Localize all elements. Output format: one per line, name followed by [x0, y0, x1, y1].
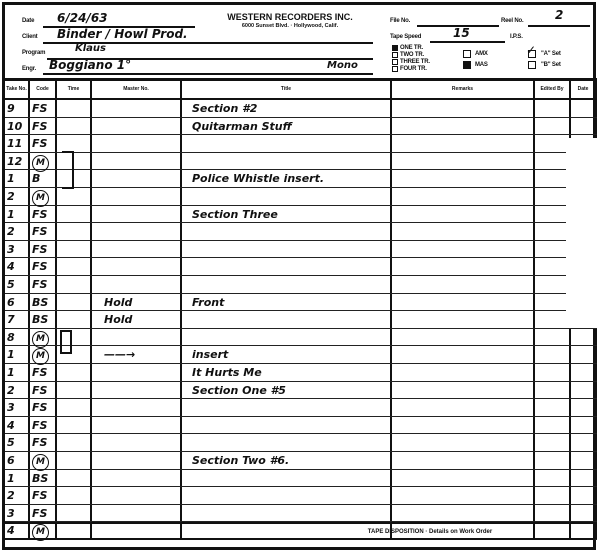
table-row: 3FS — [5, 399, 597, 417]
cell-time — [57, 364, 92, 381]
cell-master — [92, 276, 182, 293]
code-value: FS — [32, 278, 47, 291]
table-row: 6MSection Two #6. — [5, 452, 597, 470]
program-value: Klaus — [75, 43, 106, 54]
cell-take: 7 — [5, 311, 30, 328]
table-row: 2FS — [5, 223, 597, 241]
col-remarks-header: Remarks — [392, 81, 535, 98]
table-row: 8M — [5, 329, 597, 347]
code-value: FS — [32, 401, 47, 414]
cell-title — [182, 434, 392, 451]
cell-master — [92, 434, 182, 451]
master-value — [94, 331, 104, 344]
cell-code: FS — [30, 241, 57, 258]
cell-code: B — [30, 170, 57, 187]
cell-title: Section One #5 — [182, 382, 392, 399]
cell-date — [571, 329, 597, 346]
cell-take: 1 — [5, 364, 30, 381]
cell-time — [57, 188, 92, 205]
master-value: ——→ — [94, 348, 135, 361]
cell-code: FS — [30, 417, 57, 434]
master-value: Hold — [94, 296, 132, 309]
cell-time — [57, 258, 92, 275]
title-value — [184, 419, 192, 432]
cell-remarks — [392, 276, 535, 293]
title-value: Police Whistle insert. — [184, 172, 324, 185]
master-value — [94, 489, 104, 502]
amx-label: AMX — [475, 51, 488, 57]
cell-remarks — [392, 188, 535, 205]
cell-time — [57, 135, 92, 152]
engineer-label: Engr. — [22, 66, 36, 72]
cell-edited — [535, 100, 571, 117]
title-value — [184, 243, 192, 256]
cell-title: Section Two #6. — [182, 452, 392, 469]
master-value — [94, 472, 104, 485]
cell-master: Hold — [92, 311, 182, 328]
cell-master — [92, 100, 182, 117]
cell-take: 6 — [5, 452, 30, 469]
cell-time — [57, 294, 92, 311]
cell-master — [92, 188, 182, 205]
col-code-header: Code — [30, 81, 57, 98]
cell-edited — [535, 434, 571, 451]
cell-remarks — [392, 118, 535, 135]
cell-time — [57, 241, 92, 258]
take-value: 8 — [7, 331, 15, 344]
cell-master — [92, 487, 182, 504]
table-row: 3FS — [5, 241, 597, 259]
table-row: 5FS — [5, 434, 597, 452]
cell-date — [571, 434, 597, 451]
amx-checkbox — [463, 50, 471, 58]
cell-time — [57, 311, 92, 328]
cell-time — [57, 434, 92, 451]
cell-master — [92, 399, 182, 416]
track-two-checkbox — [392, 52, 398, 58]
take-value: 9 — [7, 102, 15, 115]
title-value — [184, 190, 192, 203]
track-three-label: THREE TR. — [400, 59, 430, 65]
master-value — [94, 102, 104, 115]
date-label: Date — [22, 18, 34, 24]
a-set-checkmark: ✓ — [526, 43, 536, 57]
cell-title — [182, 470, 392, 487]
take-value: 5 — [7, 278, 15, 291]
table-row: 1BPolice Whistle insert. — [5, 170, 597, 188]
title-value — [184, 313, 192, 326]
b-set-label: "B" Set — [541, 62, 561, 68]
cell-edited — [535, 487, 571, 504]
table-row: 11FS — [5, 135, 597, 153]
table-row: 4FS — [5, 417, 597, 435]
code-value: FS — [32, 225, 47, 238]
master-value — [94, 419, 104, 432]
cell-code: BS — [30, 470, 57, 487]
cell-title: Section #2 — [182, 100, 392, 117]
cell-remarks — [392, 470, 535, 487]
master-value — [94, 172, 104, 185]
take-value: 4 — [7, 419, 15, 432]
cell-take: 4 — [5, 417, 30, 434]
cell-take: 2 — [5, 223, 30, 240]
cell-time — [57, 276, 92, 293]
cell-code: FS — [30, 206, 57, 223]
tape-disposition-bar: TAPE DISPOSITION · Details on Work Order — [5, 522, 595, 540]
cell-take: 9 — [5, 100, 30, 117]
cell-remarks — [392, 452, 535, 469]
title-value — [184, 278, 192, 291]
cell-title — [182, 505, 392, 522]
cell-edited — [535, 346, 571, 363]
take-value: 2 — [7, 225, 15, 238]
col-date-header: Date — [571, 81, 597, 98]
title-value — [184, 472, 192, 485]
cell-master — [92, 470, 182, 487]
code-value: FS — [32, 120, 47, 133]
cell-remarks — [392, 294, 535, 311]
cell-time — [57, 100, 92, 117]
cell-master — [92, 258, 182, 275]
cell-code: M — [30, 329, 57, 346]
title-value: Section One #5 — [184, 384, 286, 397]
code-value: FS — [32, 137, 47, 150]
cell-title — [182, 329, 392, 346]
master-value — [94, 243, 104, 256]
cell-take: 11 — [5, 135, 30, 152]
client-label: Client — [22, 34, 37, 40]
cell-time — [57, 223, 92, 240]
master-value — [94, 278, 104, 291]
cell-title — [182, 311, 392, 328]
program-label: Program — [22, 50, 45, 56]
cell-remarks — [392, 364, 535, 381]
cell-remarks — [392, 241, 535, 258]
col-take-header: Take No. — [5, 81, 30, 98]
file-no-label: File No. — [390, 18, 410, 24]
cell-code: FS — [30, 434, 57, 451]
cell-time — [57, 452, 92, 469]
cell-edited — [535, 417, 571, 434]
cell-date — [571, 452, 597, 469]
cell-remarks — [392, 206, 535, 223]
cell-take: 12 — [5, 153, 30, 170]
table-row: 2M — [5, 188, 597, 206]
take-value: 1 — [7, 472, 15, 485]
cell-title: insert — [182, 346, 392, 363]
cell-title — [182, 276, 392, 293]
table-row: 5FS — [5, 276, 597, 294]
cell-take: 2 — [5, 487, 30, 504]
take-value: 4 — [7, 260, 15, 273]
code-value: FS — [32, 243, 47, 256]
title-value: insert — [184, 348, 228, 361]
cell-code: M — [30, 452, 57, 469]
cell-time — [57, 417, 92, 434]
col-edited-header: Edited By — [535, 81, 571, 98]
table-header-row: Take No. Code Time Master No. Title Rema… — [5, 81, 597, 100]
cell-take: 1 — [5, 470, 30, 487]
cell-code: FS — [30, 487, 57, 504]
circled-code: M — [32, 454, 49, 471]
cell-take: 1 — [5, 346, 30, 363]
cell-title — [182, 135, 392, 152]
cell-remarks — [392, 487, 535, 504]
title-value — [184, 401, 192, 414]
reel-no-field — [528, 25, 590, 27]
ips-label: I.P.S. — [510, 34, 523, 40]
cell-title: Police Whistle insert. — [182, 170, 392, 187]
code-value: BS — [32, 472, 48, 485]
cell-time — [57, 399, 92, 416]
client-value: Binder / Howl Prod. — [57, 27, 188, 41]
code-value: FS — [32, 419, 47, 432]
code-value: BS — [32, 296, 48, 309]
tape-speed-field — [430, 41, 505, 43]
take-value: 7 — [7, 313, 15, 326]
tape-speed-label: Tape Speed — [390, 34, 421, 40]
cell-remarks — [392, 382, 535, 399]
cell-title — [182, 153, 392, 170]
cell-date — [571, 399, 597, 416]
cell-time — [57, 206, 92, 223]
cell-date — [571, 100, 597, 117]
cell-edited — [535, 329, 571, 346]
title-value: Section Three — [184, 208, 278, 221]
a-set-label: "A" Set — [541, 51, 561, 57]
take-value: 12 — [7, 155, 22, 168]
cell-master — [92, 329, 182, 346]
table-row: 1FSSection Three — [5, 206, 597, 224]
code-value: FS — [32, 102, 47, 115]
master-value — [94, 507, 104, 520]
company-name: WESTERN RECORDERS INC. — [200, 12, 380, 22]
take-value: 3 — [7, 243, 15, 256]
cell-master — [92, 505, 182, 522]
title-value: Section #2 — [184, 102, 257, 115]
cell-code: FS — [30, 399, 57, 416]
title-value — [184, 260, 192, 273]
table-row: 1FSIt Hurts Me — [5, 364, 597, 382]
cell-title — [182, 487, 392, 504]
master-value — [94, 454, 104, 467]
cell-master — [92, 135, 182, 152]
take-value: 1 — [7, 172, 15, 185]
cell-take: 1 — [5, 206, 30, 223]
cell-edited — [535, 505, 571, 522]
track-one-checkbox — [392, 45, 398, 51]
track-three-checkbox — [392, 59, 398, 65]
title-value — [184, 137, 192, 150]
cell-remarks — [392, 399, 535, 416]
take-value: 11 — [7, 137, 22, 150]
track-four-label: FOUR TR. — [400, 66, 427, 72]
cell-code: FS — [30, 223, 57, 240]
cell-master — [92, 452, 182, 469]
cell-remarks — [392, 258, 535, 275]
cell-master — [92, 223, 182, 240]
cell-code: FS — [30, 364, 57, 381]
cell-date — [571, 346, 597, 363]
cell-title: Section Three — [182, 206, 392, 223]
title-value: It Hurts Me — [184, 366, 262, 379]
take-value: 3 — [7, 507, 15, 520]
circled-code: M — [32, 190, 49, 207]
cell-master — [92, 153, 182, 170]
master-value — [94, 155, 104, 168]
take-value: 2 — [7, 489, 15, 502]
table-row: 10FSQuitarman Stuff — [5, 118, 597, 136]
take-value: 2 — [7, 384, 15, 397]
date-value: 6/24/63 — [57, 11, 108, 25]
title-value — [184, 507, 192, 520]
cell-master — [92, 118, 182, 135]
table-row: 2FSSection One #5 — [5, 382, 597, 400]
cell-master — [92, 417, 182, 434]
table-row: 7BSHold — [5, 311, 597, 329]
circled-code: M — [32, 348, 49, 365]
cell-take: 3 — [5, 241, 30, 258]
cell-code: FS — [30, 382, 57, 399]
cell-remarks — [392, 170, 535, 187]
code-value: FS — [32, 384, 47, 397]
cell-code: M — [30, 188, 57, 205]
cell-edited — [535, 399, 571, 416]
bracket-mark — [62, 151, 74, 189]
cell-master — [92, 364, 182, 381]
take-value: 6 — [7, 296, 15, 309]
table-row: 12M — [5, 153, 597, 171]
circled-code: M — [32, 155, 49, 172]
table-row: 3FS — [5, 505, 597, 523]
code-value: FS — [32, 507, 47, 520]
cell-take: 2 — [5, 188, 30, 205]
cell-edited — [535, 382, 571, 399]
title-value: Section Two #6. — [184, 454, 289, 467]
cell-remarks — [392, 505, 535, 522]
cell-take: 3 — [5, 399, 30, 416]
cell-edited — [535, 452, 571, 469]
title-value — [184, 489, 192, 502]
cell-date — [571, 417, 597, 434]
cell-take: 2 — [5, 382, 30, 399]
cell-title — [182, 258, 392, 275]
cell-take: 3 — [5, 505, 30, 522]
master-value — [94, 436, 104, 449]
cell-title: Quitarman Stuff — [182, 118, 392, 135]
code-value: FS — [32, 260, 47, 273]
cell-time — [57, 505, 92, 522]
cell-date — [571, 364, 597, 381]
title-value — [184, 331, 192, 344]
col-title-header: Title — [182, 81, 392, 98]
cell-remarks — [392, 329, 535, 346]
master-value — [94, 190, 104, 203]
master-value — [94, 384, 104, 397]
master-value — [94, 120, 104, 133]
code-value: BS — [32, 313, 48, 326]
cell-take: 4 — [5, 258, 30, 275]
reel-no-label: Reel No. — [501, 18, 523, 24]
cell-code: FS — [30, 505, 57, 522]
code-value: FS — [32, 436, 47, 449]
cell-time — [57, 382, 92, 399]
cell-code: FS — [30, 276, 57, 293]
master-value — [94, 366, 104, 379]
title-value: Front — [184, 296, 224, 309]
title-value — [184, 225, 192, 238]
title-value: Quitarman Stuff — [184, 120, 292, 133]
cell-title — [182, 241, 392, 258]
code-value: B — [32, 172, 40, 185]
table-row: 1BS — [5, 470, 597, 488]
track-two-label: TWO TR. — [400, 52, 424, 58]
mode-value: Mono — [327, 60, 358, 71]
cell-title: Front — [182, 294, 392, 311]
b-set-checkbox — [528, 61, 536, 69]
table-row: 6BSHoldFront — [5, 294, 597, 312]
cell-edited — [535, 118, 571, 135]
cell-code: FS — [30, 118, 57, 135]
cell-remarks — [392, 434, 535, 451]
take-value: 2 — [7, 190, 15, 203]
code-value: FS — [32, 366, 47, 379]
code-value: FS — [32, 489, 47, 502]
master-value — [94, 225, 104, 238]
cell-master — [92, 206, 182, 223]
master-value — [94, 208, 104, 221]
cell-title — [182, 223, 392, 240]
cell-title — [182, 417, 392, 434]
cell-remarks — [392, 346, 535, 363]
cell-title: It Hurts Me — [182, 364, 392, 381]
mas-label: MAS — [475, 62, 488, 68]
code-value: FS — [32, 208, 47, 221]
table-row: 4FS — [5, 258, 597, 276]
cell-date — [571, 382, 597, 399]
title-value — [184, 436, 192, 449]
cell-master — [92, 170, 182, 187]
company-address: 6000 Sunset Blvd. · Hollywood, Calif. — [220, 23, 360, 29]
cell-time — [57, 118, 92, 135]
cell-take: 5 — [5, 434, 30, 451]
cell-edited — [535, 470, 571, 487]
table-row: 9FSSection #2 — [5, 100, 597, 118]
cell-master: ——→ — [92, 346, 182, 363]
master-value — [94, 260, 104, 273]
cell-remarks — [392, 100, 535, 117]
col-time-header: Time — [57, 81, 92, 98]
master-value: Hold — [94, 313, 132, 326]
take-value: 10 — [7, 120, 22, 133]
cell-take: 5 — [5, 276, 30, 293]
table-row: 1M——→insert — [5, 346, 597, 364]
take-value: 1 — [7, 208, 15, 221]
cell-remarks — [392, 153, 535, 170]
cell-take: 8 — [5, 329, 30, 346]
bracket-box-mark — [60, 330, 72, 354]
torn-edge — [566, 138, 600, 328]
cell-remarks — [392, 223, 535, 240]
cell-code: FS — [30, 135, 57, 152]
mas-checkbox — [463, 61, 471, 69]
cell-time — [57, 470, 92, 487]
cell-edited — [535, 364, 571, 381]
cell-code: BS — [30, 311, 57, 328]
engineer-underline — [43, 73, 373, 75]
cell-date — [571, 118, 597, 135]
cell-code: FS — [30, 100, 57, 117]
